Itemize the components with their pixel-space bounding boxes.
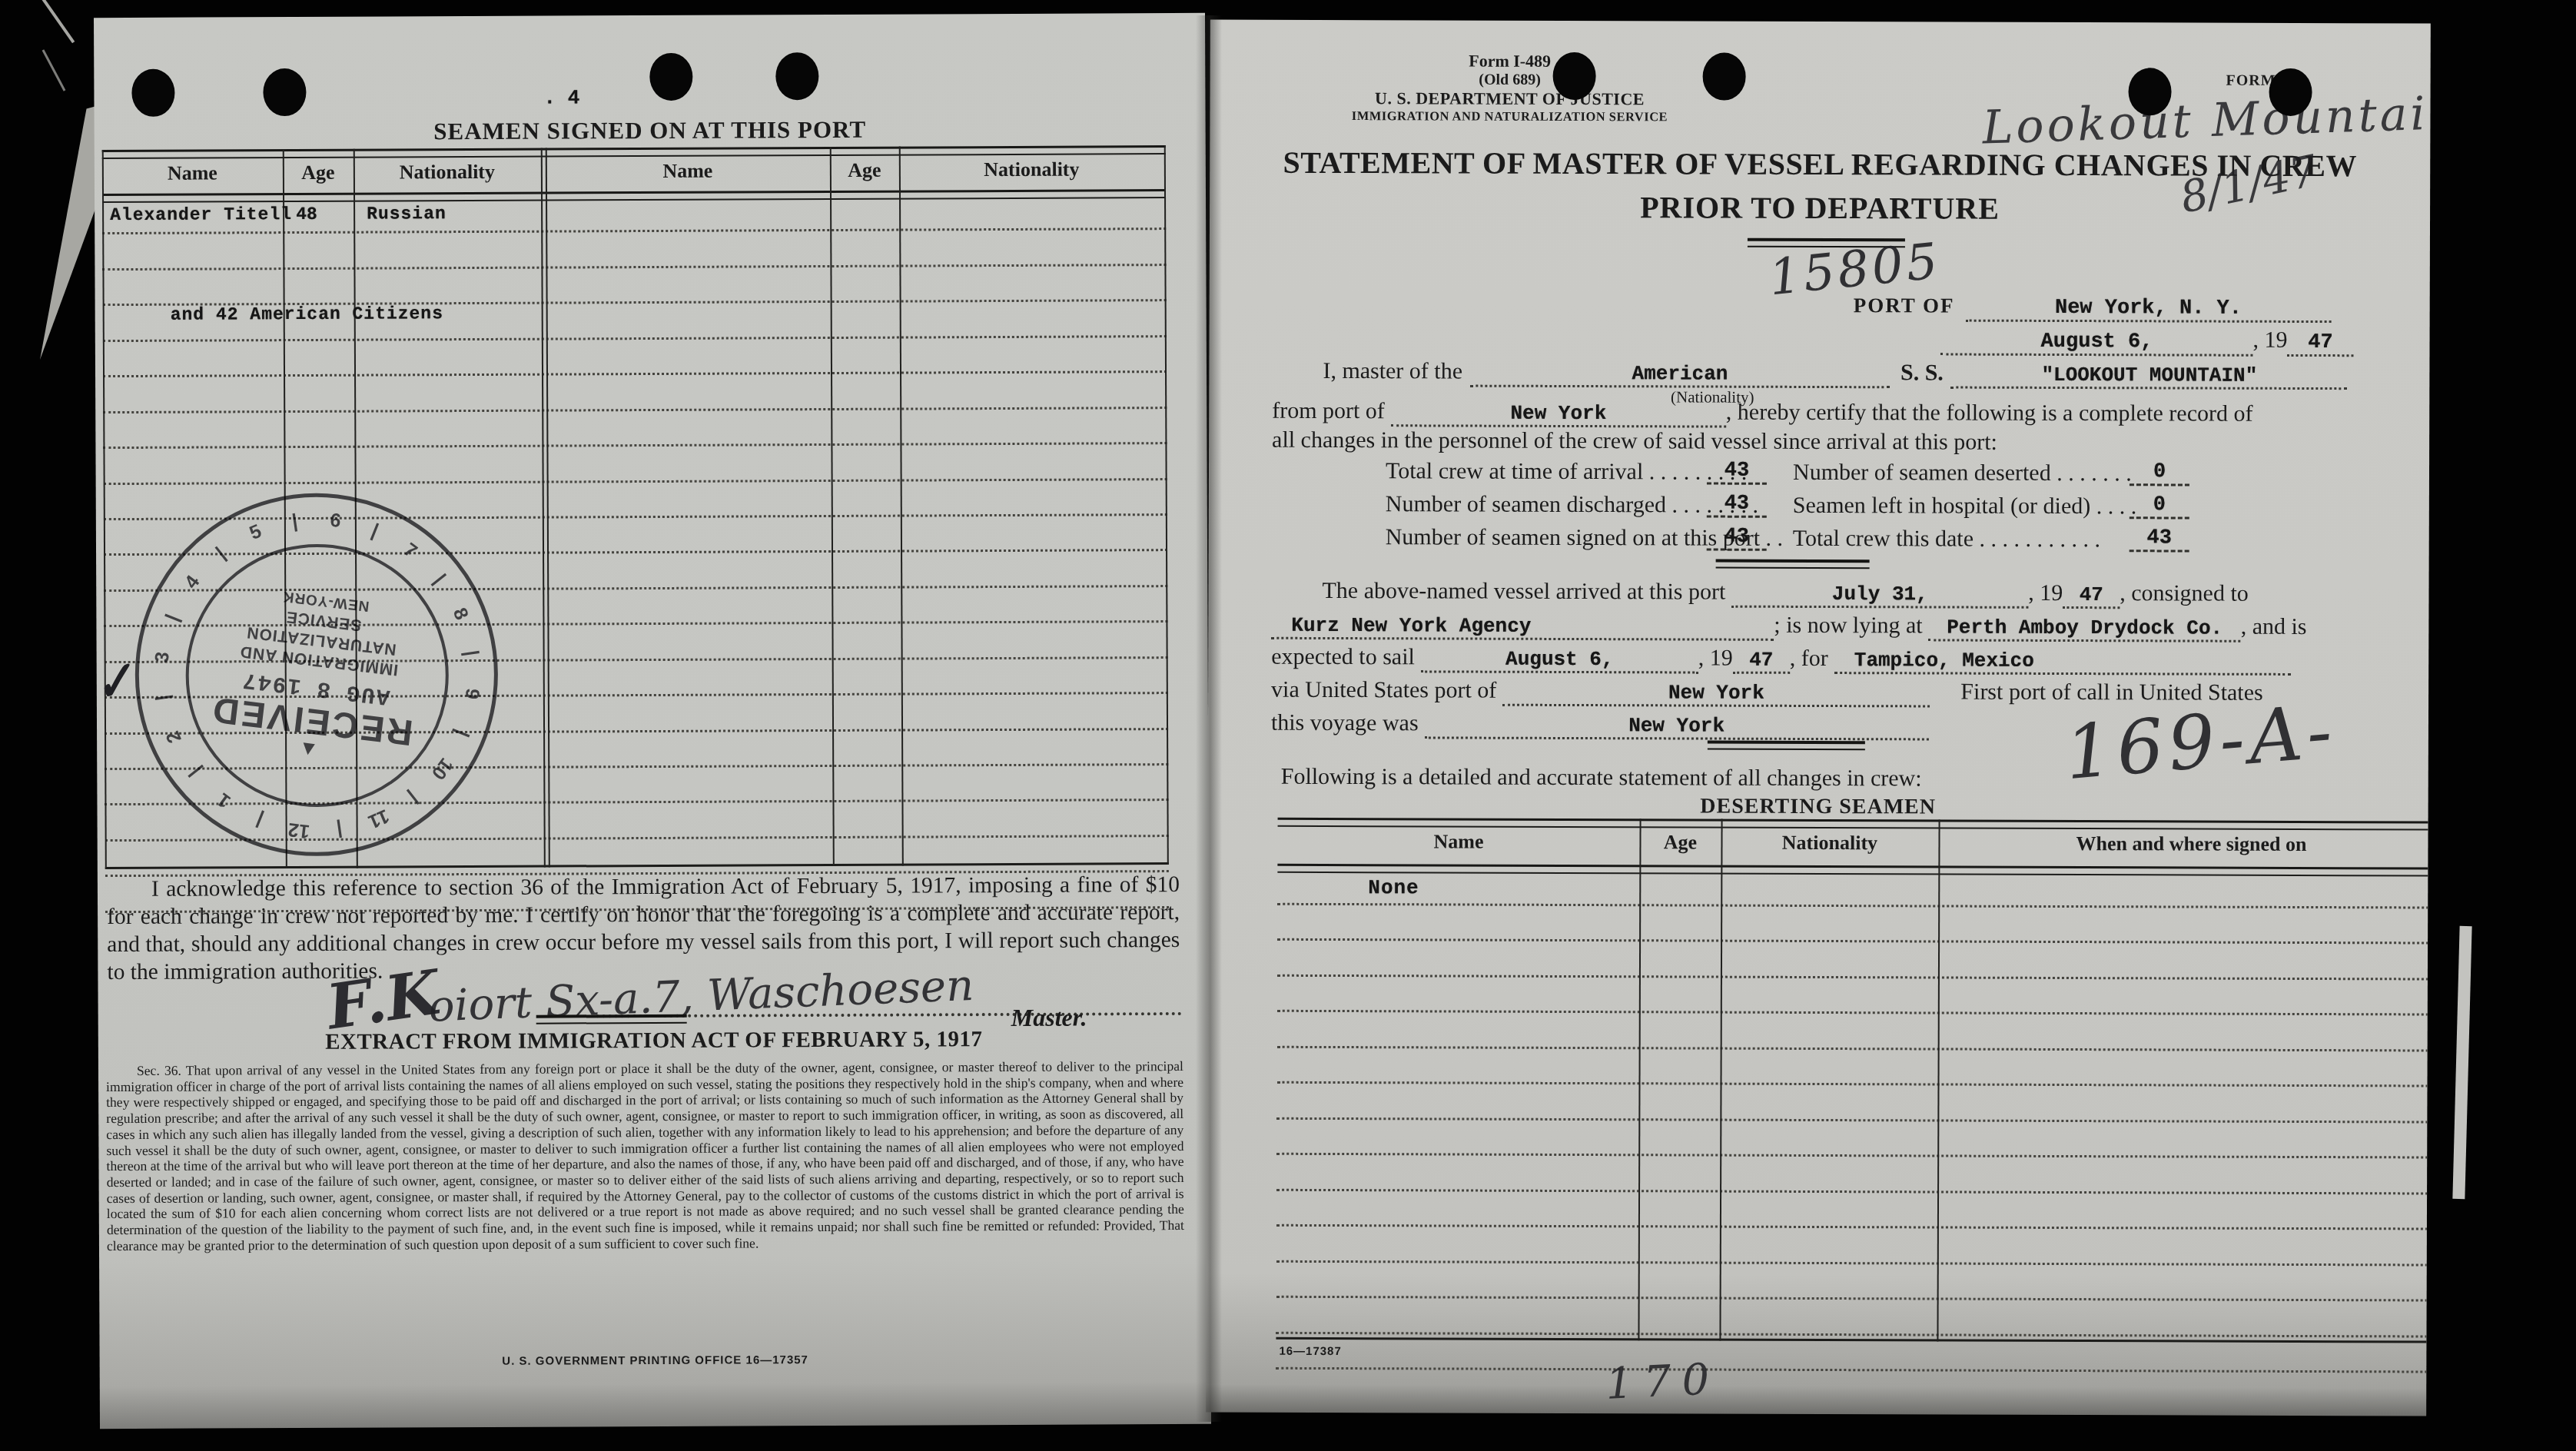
arrived-post: , consigned to xyxy=(2120,580,2249,607)
sail-year-value: 47 xyxy=(1749,649,1773,672)
stamp-dial-mark: | xyxy=(448,719,476,746)
stamp-dial-mark: | xyxy=(459,642,484,665)
stat-deserted-number: 0 xyxy=(2153,460,2166,483)
stat-signed-on-number: 43 xyxy=(1724,526,1749,549)
stat-hospital-value: 0 xyxy=(2130,493,2189,519)
stat-arrival-number: 43 xyxy=(1725,460,1750,483)
following-line: Following is a detailed and accurate sta… xyxy=(1281,764,1922,792)
stamp-dial-mark: 11 xyxy=(365,805,393,834)
arrived-pre: The above-named vessel arrived at this p… xyxy=(1322,578,1725,606)
punch-hole xyxy=(775,52,818,100)
sail-year-label: , 19 xyxy=(1698,646,1733,672)
lying-at-value: Perth Amboy Drydock Co. xyxy=(1947,616,2222,640)
table-row xyxy=(103,409,1167,449)
master-line: I, master of the American S. S. "LOOKOUT… xyxy=(1323,358,2348,390)
table-row xyxy=(1276,1155,2431,1194)
table-body xyxy=(1276,869,2430,1343)
stamp-dial-mark: 6 xyxy=(324,508,347,533)
stamp-arrow-icon: ▲ xyxy=(297,741,319,760)
left-page-seamen-signed-on: . 4 SEAMEN SIGNED ON AT THIS PORT Name A… xyxy=(94,13,1211,1429)
punch-hole xyxy=(1703,53,1746,101)
via-line: via United States port of New York First… xyxy=(1271,677,2263,709)
port-value-field: New York, N. Y. xyxy=(1965,293,2331,323)
deserting-row-value: None xyxy=(1368,876,1419,899)
column-header-nationality: Nationality xyxy=(1721,832,1938,855)
port-value: New York, N. Y. xyxy=(2055,297,2242,320)
consigned-post: , and is xyxy=(2241,614,2307,640)
voyage-line: this voyage was New York xyxy=(1271,710,1929,741)
stamp-dial-mark: | xyxy=(158,604,186,631)
left-page-heading: SEAMEN SIGNED ON AT THIS PORT xyxy=(95,115,1206,147)
consigned-line: Kurz New York Agency ; is now lying at P… xyxy=(1271,611,2306,642)
via-port-field: New York xyxy=(1502,678,1930,708)
deserting-seamen-table: Name Age Nationality When and where sign… xyxy=(1276,818,2430,1352)
from-port-label: from port of xyxy=(1272,398,1385,424)
table-row xyxy=(1276,1298,2430,1337)
voyage-port-field: New York xyxy=(1425,710,1929,740)
stamp-dial-mark: 4 xyxy=(177,567,207,597)
sail-year-field: 47 xyxy=(1733,646,1790,674)
sec36-paragraph: Sec. 36. That upon arrival of any vessel… xyxy=(106,1058,1184,1254)
punch-hole xyxy=(1553,52,1596,100)
table-row xyxy=(1277,905,2431,944)
stamp-dial-mark: 8 xyxy=(446,600,475,628)
table-row xyxy=(1277,976,2431,1015)
stamp-dial-mark: | xyxy=(206,538,236,569)
scan-artifact xyxy=(35,0,75,43)
stat-total-value: 43 xyxy=(2130,526,2189,552)
arrived-year-label: , 19 xyxy=(2028,580,2063,606)
table-row xyxy=(1276,1227,2431,1266)
arrived-year-field: 47 xyxy=(2063,580,2120,609)
stamp-dial-mark: | xyxy=(246,806,273,835)
from-port-post: , hereby certify that the following is a… xyxy=(1726,400,2253,427)
nationality-value: American xyxy=(1632,362,1728,385)
section-rule xyxy=(1716,559,1870,569)
stamp-dial-mark: 5 xyxy=(242,517,270,546)
scan-artifact xyxy=(42,49,66,91)
arrived-year-value: 47 xyxy=(2080,583,2103,606)
arrived-date-value: July 31, xyxy=(1832,583,1928,606)
sail-date-value: August 6, xyxy=(1505,648,1614,671)
sail-for-label: , for xyxy=(1790,646,1828,672)
year-label: , 19 xyxy=(2252,327,2287,354)
seaman-name: Alexander Titell xyxy=(110,204,292,225)
stamp-dial-mark: 9 xyxy=(460,682,485,705)
destination-field: Tampico, Mexico xyxy=(1834,646,2291,676)
table-row xyxy=(103,337,1167,377)
handwritten-vessel-name: Lookout Mountain xyxy=(1981,86,2430,155)
service-name: IMMIGRATION AND NATURALIZATION SERVICE xyxy=(1325,108,1694,125)
from-port-value: New York xyxy=(1510,402,1606,425)
seaman-nationality: Russian xyxy=(367,204,446,224)
document-scan: . 4 SEAMEN SIGNED ON AT THIS PORT Name A… xyxy=(0,0,2576,1451)
stat-discharged-number: 43 xyxy=(1725,493,1750,516)
stamp-dial-mark: 12 xyxy=(287,818,310,843)
acknowledgment-paragraph: I acknowledge this reference to section … xyxy=(107,871,1180,986)
stamp-dial-mark: | xyxy=(150,686,175,709)
extract-heading: EXTRACT FROM IMMIGRATION ACT OF FEBRUARY… xyxy=(98,1026,1210,1056)
stamp-dial-mark: 3 xyxy=(150,646,175,668)
table-row xyxy=(102,231,1166,271)
from-port-field: New York xyxy=(1391,398,1726,427)
vessel-field: "LOOKOUT MOUNTAIN" xyxy=(1951,360,2348,390)
print-code-footer: 16—17387 xyxy=(1279,1345,1341,1358)
table-row xyxy=(1276,1084,2430,1123)
voyage-port-value: New York xyxy=(1628,714,1725,737)
via-port-value: New York xyxy=(1668,681,1764,704)
date-value: August 6, xyxy=(2041,330,2153,354)
stamp-dial-mark: | xyxy=(424,564,455,594)
stamp-dial-mark: | xyxy=(179,757,210,787)
stamp-dial-mark: 2 xyxy=(159,723,188,751)
table-row xyxy=(103,373,1167,413)
table-row xyxy=(1276,1262,2431,1301)
table-row xyxy=(1277,941,2431,980)
gpo-footer: U. S. GOVERNMENT PRINTING OFFICE 16—1735… xyxy=(100,1352,1211,1370)
table-row xyxy=(1276,1333,2431,1373)
paper-sliver xyxy=(2452,926,2471,1199)
table-row xyxy=(1277,1048,2431,1087)
stat-discharged-label: Number of seamen discharged . . . . . . … xyxy=(1386,491,1758,519)
stamp-dial-mark: | xyxy=(399,782,429,813)
stamp-dial-mark: 10 xyxy=(427,754,458,784)
arrived-date-field: July 31, xyxy=(1731,579,2028,609)
column-header-nationality: Nationality xyxy=(354,161,541,184)
stamp-dial-mark: | xyxy=(328,817,351,842)
stamp-dial-mark: 1 xyxy=(209,785,239,816)
stat-signed-on-value: 43 xyxy=(1707,526,1767,551)
stat-deserted-value: 0 xyxy=(2130,460,2189,486)
table-row xyxy=(1276,1190,2431,1230)
date-value-field: August 6, xyxy=(1940,326,2252,356)
year-value-field: 47 xyxy=(2287,327,2353,357)
punch-hole xyxy=(131,69,174,117)
crew-statistics: Total crew at time of arrival . . . . . … xyxy=(1210,20,2431,24)
stamp-dial-mark: | xyxy=(284,508,307,533)
column-header-signed-on: When and where signed on xyxy=(1938,832,2430,856)
punch-hole xyxy=(2269,68,2312,116)
column-header-name: Name xyxy=(1277,830,1639,854)
stat-arrival-label: Total crew at time of arrival . . . . . … xyxy=(1386,458,1747,485)
consigned-mid: ; is now lying at xyxy=(1774,613,1922,639)
stat-deserted-label: Number of seamen deserted . . . . . . . xyxy=(1793,460,2132,486)
ss-label: S. S. xyxy=(1900,360,1944,386)
record-line: all changes in the personnel of the crew… xyxy=(1272,427,1997,456)
sail-pre: expected to sail xyxy=(1271,644,1415,671)
form-number: Form I-489 xyxy=(1326,51,1695,72)
punch-hole xyxy=(649,53,692,101)
lying-at-field: Perth Amboy Drydock Co. xyxy=(1929,613,2241,642)
column-header-name2: Name xyxy=(546,159,830,184)
year-value: 47 xyxy=(2308,331,2333,354)
sail-date-field: August 6, xyxy=(1421,644,1698,673)
master-line-pre: I, master of the xyxy=(1323,358,1462,385)
stat-hospital-label: Seamen left in hospital (or died) . . . … xyxy=(1793,493,2137,520)
received-stamp: 12|1|2|3|4|5|6|7|8|9|10|11| ▲ RECEIVED A… xyxy=(117,475,518,876)
table-row xyxy=(1277,1012,2431,1051)
column-header-nationality2: Nationality xyxy=(899,158,1164,182)
arrived-line: The above-named vessel arrived at this p… xyxy=(1322,578,2248,609)
port-line: PORT OF New York, N. Y. xyxy=(1854,292,2332,323)
stat-discharged-value: 43 xyxy=(1707,493,1767,518)
stat-total-label: Total crew this date . . . . . . . . . .… xyxy=(1793,526,2100,553)
agency-value: Kurz New York Agency xyxy=(1291,614,1531,638)
stat-hospital-number: 0 xyxy=(2153,493,2166,516)
form-number-old: (Old 689) xyxy=(1326,71,1695,90)
seaman-age: 48 xyxy=(296,204,317,224)
column-header-name: Name xyxy=(102,161,283,185)
table-rule-top xyxy=(102,145,1166,159)
stat-total-number: 43 xyxy=(2146,526,2172,550)
from-port-line: from port of New York , hereby certify t… xyxy=(1272,398,2252,430)
column-header-age: Age xyxy=(1639,831,1721,854)
handwritten-page-number: 170 xyxy=(1605,1354,1721,1409)
table-row xyxy=(102,266,1166,306)
stat-arrival-value: 43 xyxy=(1707,460,1767,485)
section-rule xyxy=(536,1014,687,1024)
vessel-value: "LOOKOUT MOUNTAIN" xyxy=(2041,364,2257,387)
stamp-dial-mark: 7 xyxy=(396,535,426,566)
sail-line: expected to sail August 6, , 19 47 , for… xyxy=(1271,644,2291,676)
table-row xyxy=(103,444,1167,484)
via-pre: via United States port of xyxy=(1271,677,1496,704)
right-page-master-statement: Form I-489 (Old 689) U. S. DEPARTMENT OF… xyxy=(1206,20,2431,1416)
port-label: PORT OF xyxy=(1854,294,1955,317)
crew-note: and 42 American Citizens xyxy=(171,304,443,325)
nationality-field: American xyxy=(1470,359,1890,389)
punch-hole xyxy=(2128,68,2171,115)
deserting-seamen-heading: DESERTING SEAMEN xyxy=(1208,793,2428,822)
date-line: August 6, , 19 47 xyxy=(1940,326,2353,357)
column-header-age2: Age xyxy=(830,159,899,182)
voyage-pre: this voyage was xyxy=(1271,710,1419,737)
section-rule xyxy=(1708,741,1865,751)
column-header-age: Age xyxy=(283,161,354,184)
punch-hole xyxy=(263,68,306,116)
destination-value: Tampico, Mexico xyxy=(1854,649,2034,672)
form-identification-block: Form I-489 (Old 689) U. S. DEPARTMENT OF… xyxy=(1325,51,1694,125)
table-row xyxy=(1277,869,2431,908)
page-corner-note: . 4 xyxy=(543,86,579,109)
table-row xyxy=(1276,1119,2431,1158)
department-name: U. S. DEPARTMENT OF JUSTICE xyxy=(1325,88,1694,110)
stamp-dial-mark: | xyxy=(361,516,388,545)
agency-field: Kurz New York Agency xyxy=(1271,611,1774,641)
page-seam-shadow xyxy=(1196,15,1222,1422)
